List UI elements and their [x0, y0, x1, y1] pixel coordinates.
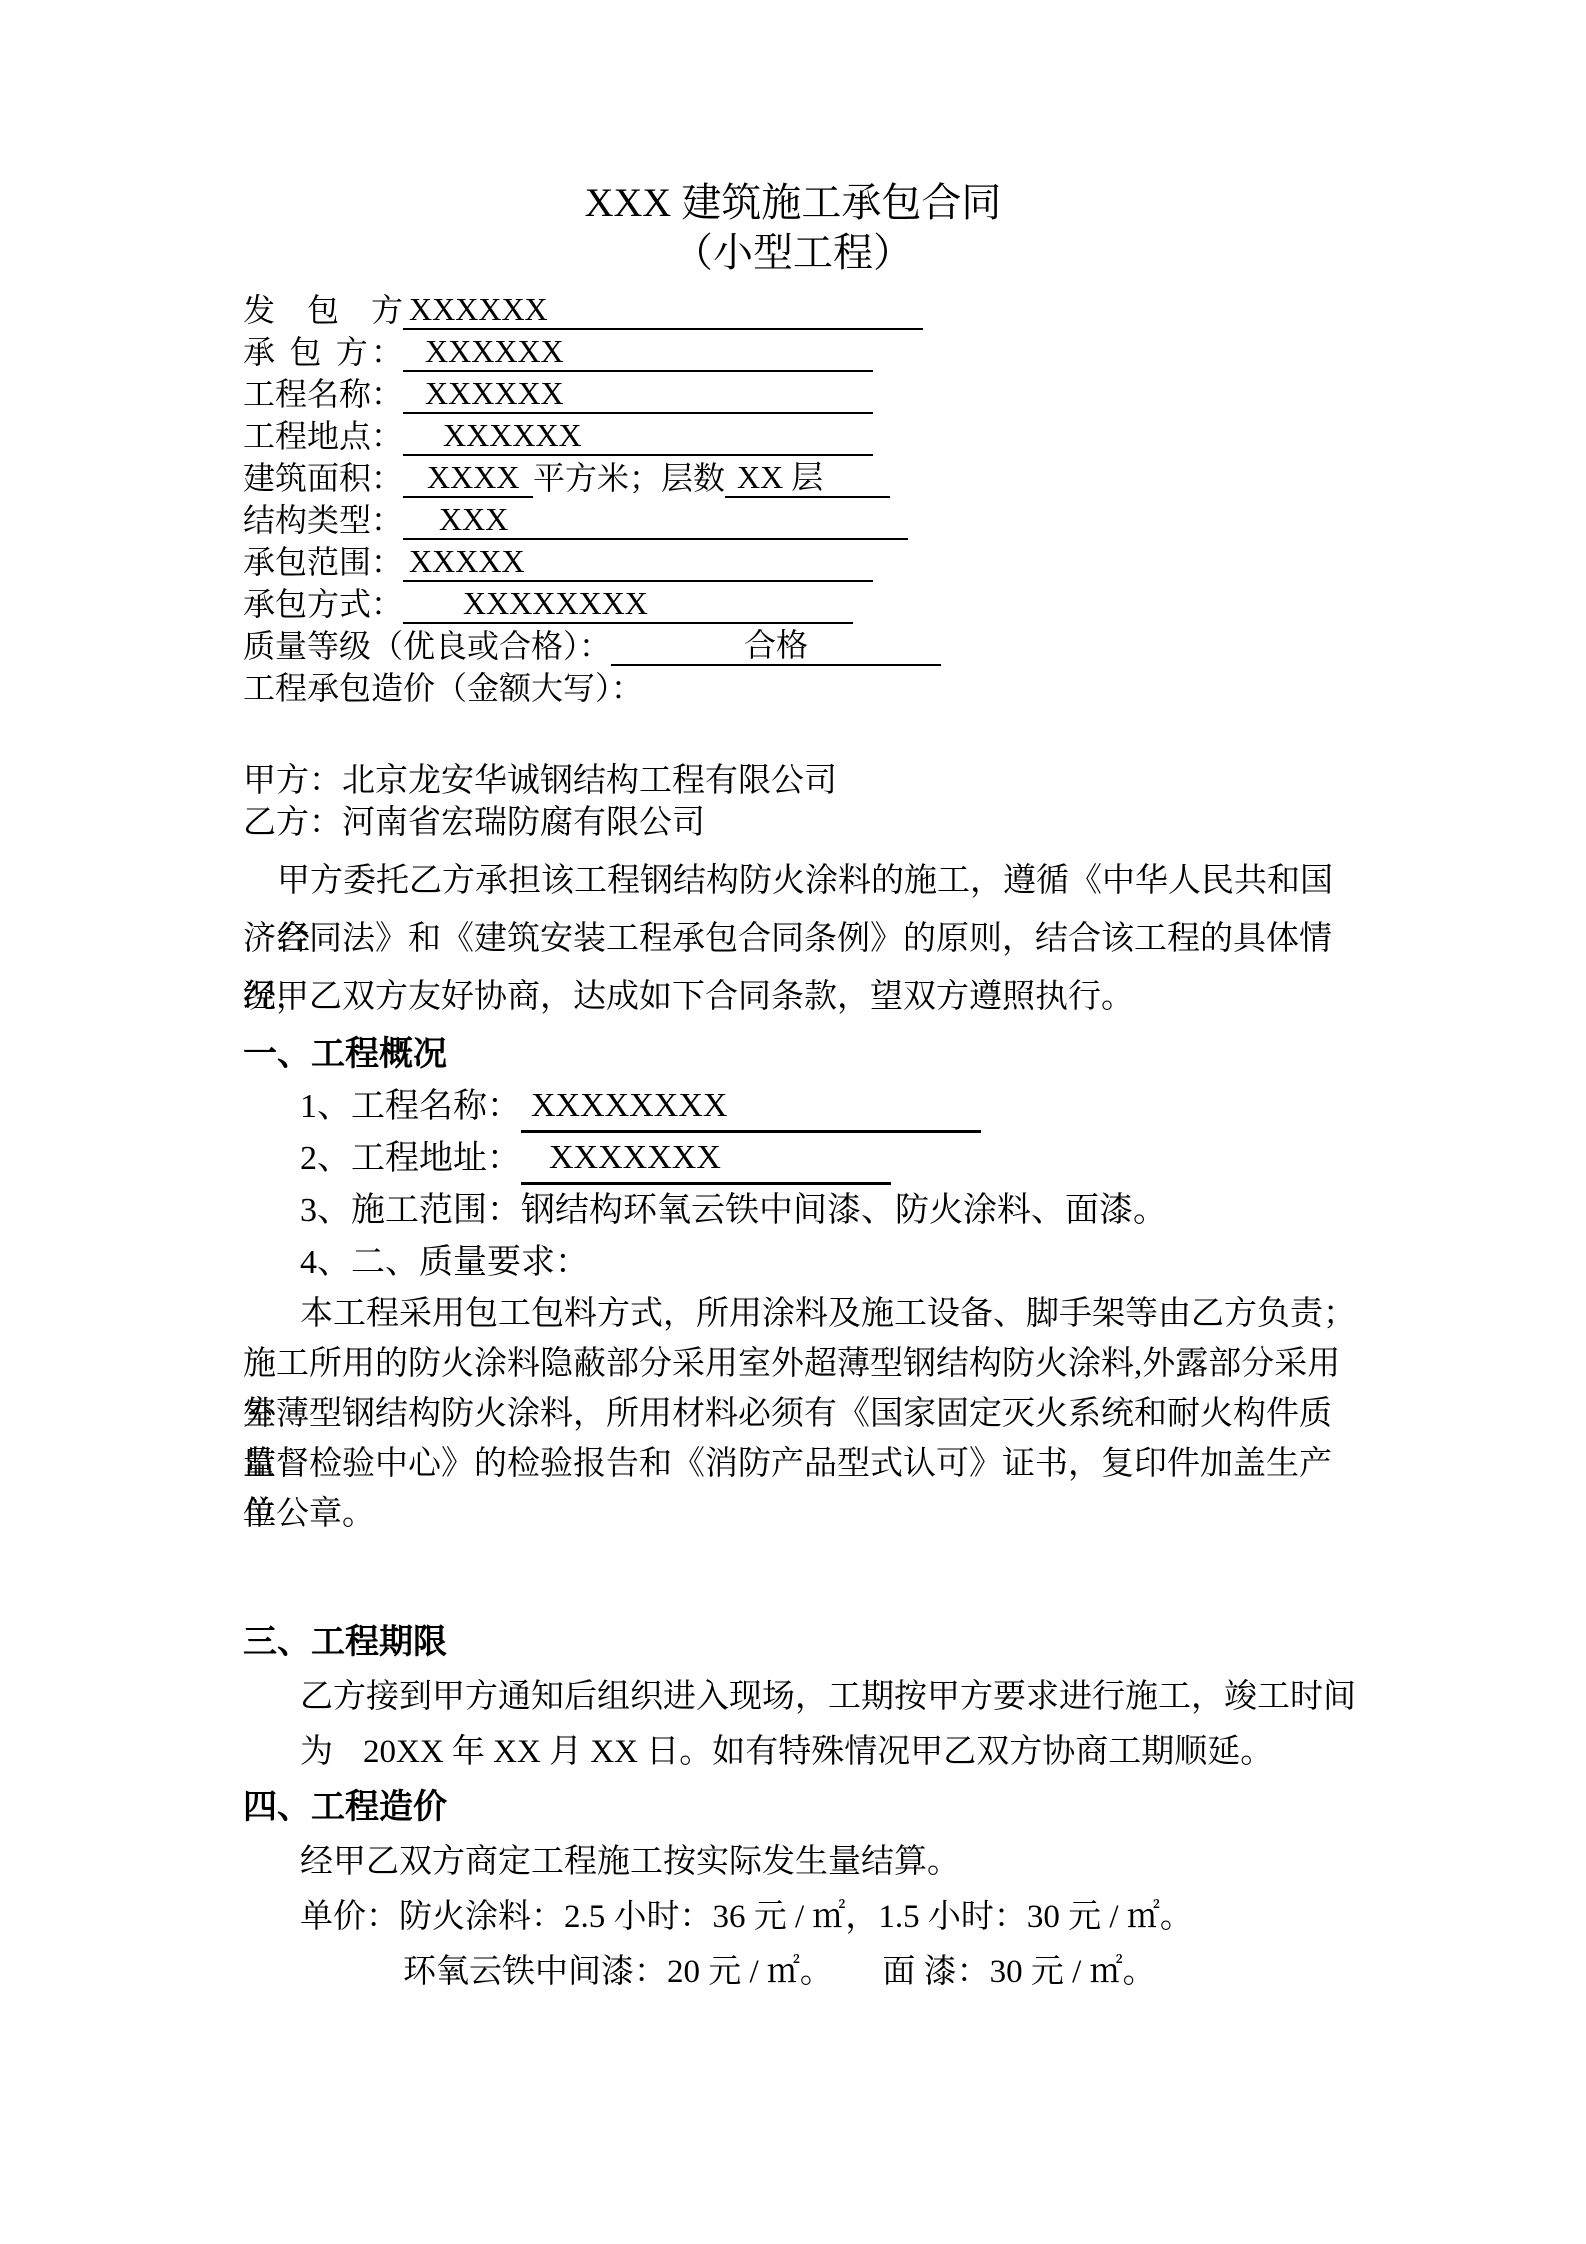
- form-row-contract-method: 承包方式：XXXXXXXX: [243, 584, 1363, 626]
- paragraph-line: 乙方接到甲方通知后组织进入现场，工期按甲方要求进行施工，竣工时间为: [243, 1670, 1363, 1725]
- field-label: 建筑面积：: [243, 458, 403, 498]
- paragraph-line: 位公章。: [243, 1489, 1363, 1539]
- paragraph-line: 本工程采用包工包料方式，所用涂料及施工设备、脚手架等由乙方负责；: [243, 1289, 1363, 1339]
- doc-subtitle: （小型工程）: [243, 228, 1343, 278]
- title-block: XXX 建筑施工承包合同 （小型工程）: [243, 178, 1343, 278]
- list-item-project-name: 1、工程名称：XXXXXXXX: [243, 1081, 1363, 1133]
- contractor-blank[interactable]: XXXXXX: [403, 332, 873, 372]
- project-location-blank[interactable]: XXXXXX: [403, 416, 873, 456]
- form-row-contract-price: 工程承包造价（金额大写）：: [243, 668, 1363, 710]
- form-row-project-name: 工程名称：XXXXXX: [243, 374, 1363, 416]
- field-label: 工程地点：: [243, 416, 403, 456]
- party-b-line: 乙方：河南省宏瑞防腐有限公司: [243, 802, 1363, 844]
- contract-method-blank[interactable]: XXXXXXXX: [403, 584, 853, 624]
- contract-header-form: 发 包 方XXXXXX 承 包 方：XXXXXX 工程名称：XXXXXX 工程地…: [243, 290, 1363, 710]
- employer-blank[interactable]: XXXXXX: [403, 290, 923, 330]
- list-item-project-address: 2、工程地址：XXXXXXX: [243, 1133, 1363, 1185]
- field-label: 承包范围：: [243, 542, 403, 582]
- form-row-building-area: 建筑面积：XXXX平方米；层数XX 层: [243, 458, 1363, 500]
- item-label: 2、工程地址：: [300, 1140, 521, 1177]
- section-heading-project-cost: 四、工程造价: [243, 1780, 1363, 1835]
- duration-paragraph: 乙方接到甲方通知后组织进入现场，工期按甲方要求进行施工，竣工时间为 20XX 年…: [243, 1670, 1363, 1780]
- paragraph-line: 监督检验中心》的检验报告和《消防产品型式认可》证书，复印件加盖生产单: [243, 1439, 1363, 1489]
- party-a-line: 甲方：北京龙安华诚钢结构工程有限公司: [243, 760, 1363, 802]
- form-row-project-location: 工程地点：XXXXXX: [243, 416, 1363, 458]
- section-heading-project-overview: 一、工程概况: [243, 1029, 1363, 1081]
- form-row-contractor: 承 包 方：XXXXXX: [243, 332, 1363, 374]
- form-row-quality-grade: 质量等级（优良或合格）：合格: [243, 626, 1363, 668]
- document-content: XXX 建筑施工承包合同 （小型工程） 发 包 方XXXXXX 承 包 方：XX…: [243, 178, 1363, 2000]
- list-item-construction-scope: 3、施工范围：钢结构环氧云铁中间漆、防火涂料、面漆。: [243, 1185, 1363, 1237]
- paragraph-line: 外薄型钢结构防火涂料，所用材料必须有《国家固定灭火系统和耐火构件质量: [243, 1389, 1363, 1439]
- form-row-employer: 发 包 方XXXXXX: [243, 290, 1363, 332]
- field-label: 承 包 方：: [243, 332, 403, 372]
- item-label: 1、工程名称：: [300, 1088, 521, 1125]
- field-mid-text: 平方米；层数: [533, 458, 725, 498]
- item-project-name-blank[interactable]: XXXXXXXX: [521, 1083, 981, 1133]
- parties-block: 甲方：北京龙安华诚钢结构工程有限公司 乙方：河南省宏瑞防腐有限公司: [243, 760, 1363, 844]
- structure-type-blank[interactable]: XXX: [403, 500, 908, 540]
- item-project-address-blank[interactable]: XXXXXXX: [521, 1135, 891, 1185]
- paragraph-line: 济合同法》和《建筑安装工程承包合同条例》的原则，结合该工程的具体情况，: [243, 910, 1363, 968]
- paragraph-line: 施工所用的防火涂料隐蔽部分采用室外超薄型钢结构防火涂料,外露部分采用室: [243, 1339, 1363, 1389]
- field-label: 发 包 方: [243, 290, 403, 330]
- field-label: 工程名称：: [243, 374, 403, 414]
- cost-paragraph: 经甲乙双方商定工程施工按实际发生量结算。 单价：防火涂料：2.5 小时：36 元…: [243, 1835, 1363, 2000]
- document-page: XXX 建筑施工承包合同 （小型工程） 发 包 方XXXXXX 承 包 方：XX…: [0, 0, 1586, 2244]
- project-name-blank[interactable]: XXXXXX: [403, 374, 873, 414]
- unit-price-line: 环氧云铁中间漆：20 元 / ㎡。 面 漆：30 元 / ㎡。: [243, 1945, 1363, 2000]
- field-label: 工程承包造价（金额大写）：: [243, 668, 643, 708]
- field-label: 承包方式：: [243, 584, 403, 624]
- contract-scope-blank[interactable]: XXXXX: [403, 542, 873, 582]
- section-heading-project-duration: 三、工程期限: [243, 1615, 1363, 1670]
- paragraph-line: 甲方委托乙方承担该工程钢结构防火涂料的施工，遵循《中华人民共和国经: [243, 852, 1363, 910]
- doc-title: XXX 建筑施工承包合同: [243, 178, 1343, 228]
- quality-grade-blank[interactable]: 合格: [611, 626, 941, 666]
- project-overview-items: 1、工程名称：XXXXXXXX 2、工程地址：XXXXXXX 3、施工范围：钢结…: [243, 1081, 1363, 1289]
- paragraph-line: 经甲乙双方友好协商，达成如下合同条款，望双方遵照执行。: [243, 968, 1363, 1026]
- quality-paragraph: 本工程采用包工包料方式，所用涂料及施工设备、脚手架等由乙方负责； 施工所用的防火…: [243, 1289, 1363, 1539]
- field-label: 质量等级（优良或合格）：: [243, 626, 611, 666]
- paragraph-line: 经甲乙双方商定工程施工按实际发生量结算。: [243, 1835, 1363, 1890]
- intro-paragraph: 甲方委托乙方承担该工程钢结构防火涂料的施工，遵循《中华人民共和国经 济合同法》和…: [243, 852, 1363, 1026]
- building-area-blank[interactable]: XXXX: [403, 458, 533, 498]
- form-row-structure-type: 结构类型：XXX: [243, 500, 1363, 542]
- unit-price-line: 单价：防火涂料：2.5 小时：36 元 / ㎡，1.5 小时：30 元 / ㎡。: [243, 1890, 1363, 1945]
- floors-blank[interactable]: XX 层: [725, 458, 890, 498]
- paragraph-line: 20XX 年 XX 月 XX 日。如有特殊情况甲乙双方协商工期顺延。: [243, 1725, 1363, 1780]
- list-item-quality-requirement: 4、二、质量要求：: [243, 1237, 1363, 1289]
- form-row-contract-scope: 承包范围：XXXXX: [243, 542, 1363, 584]
- field-label: 结构类型：: [243, 500, 403, 540]
